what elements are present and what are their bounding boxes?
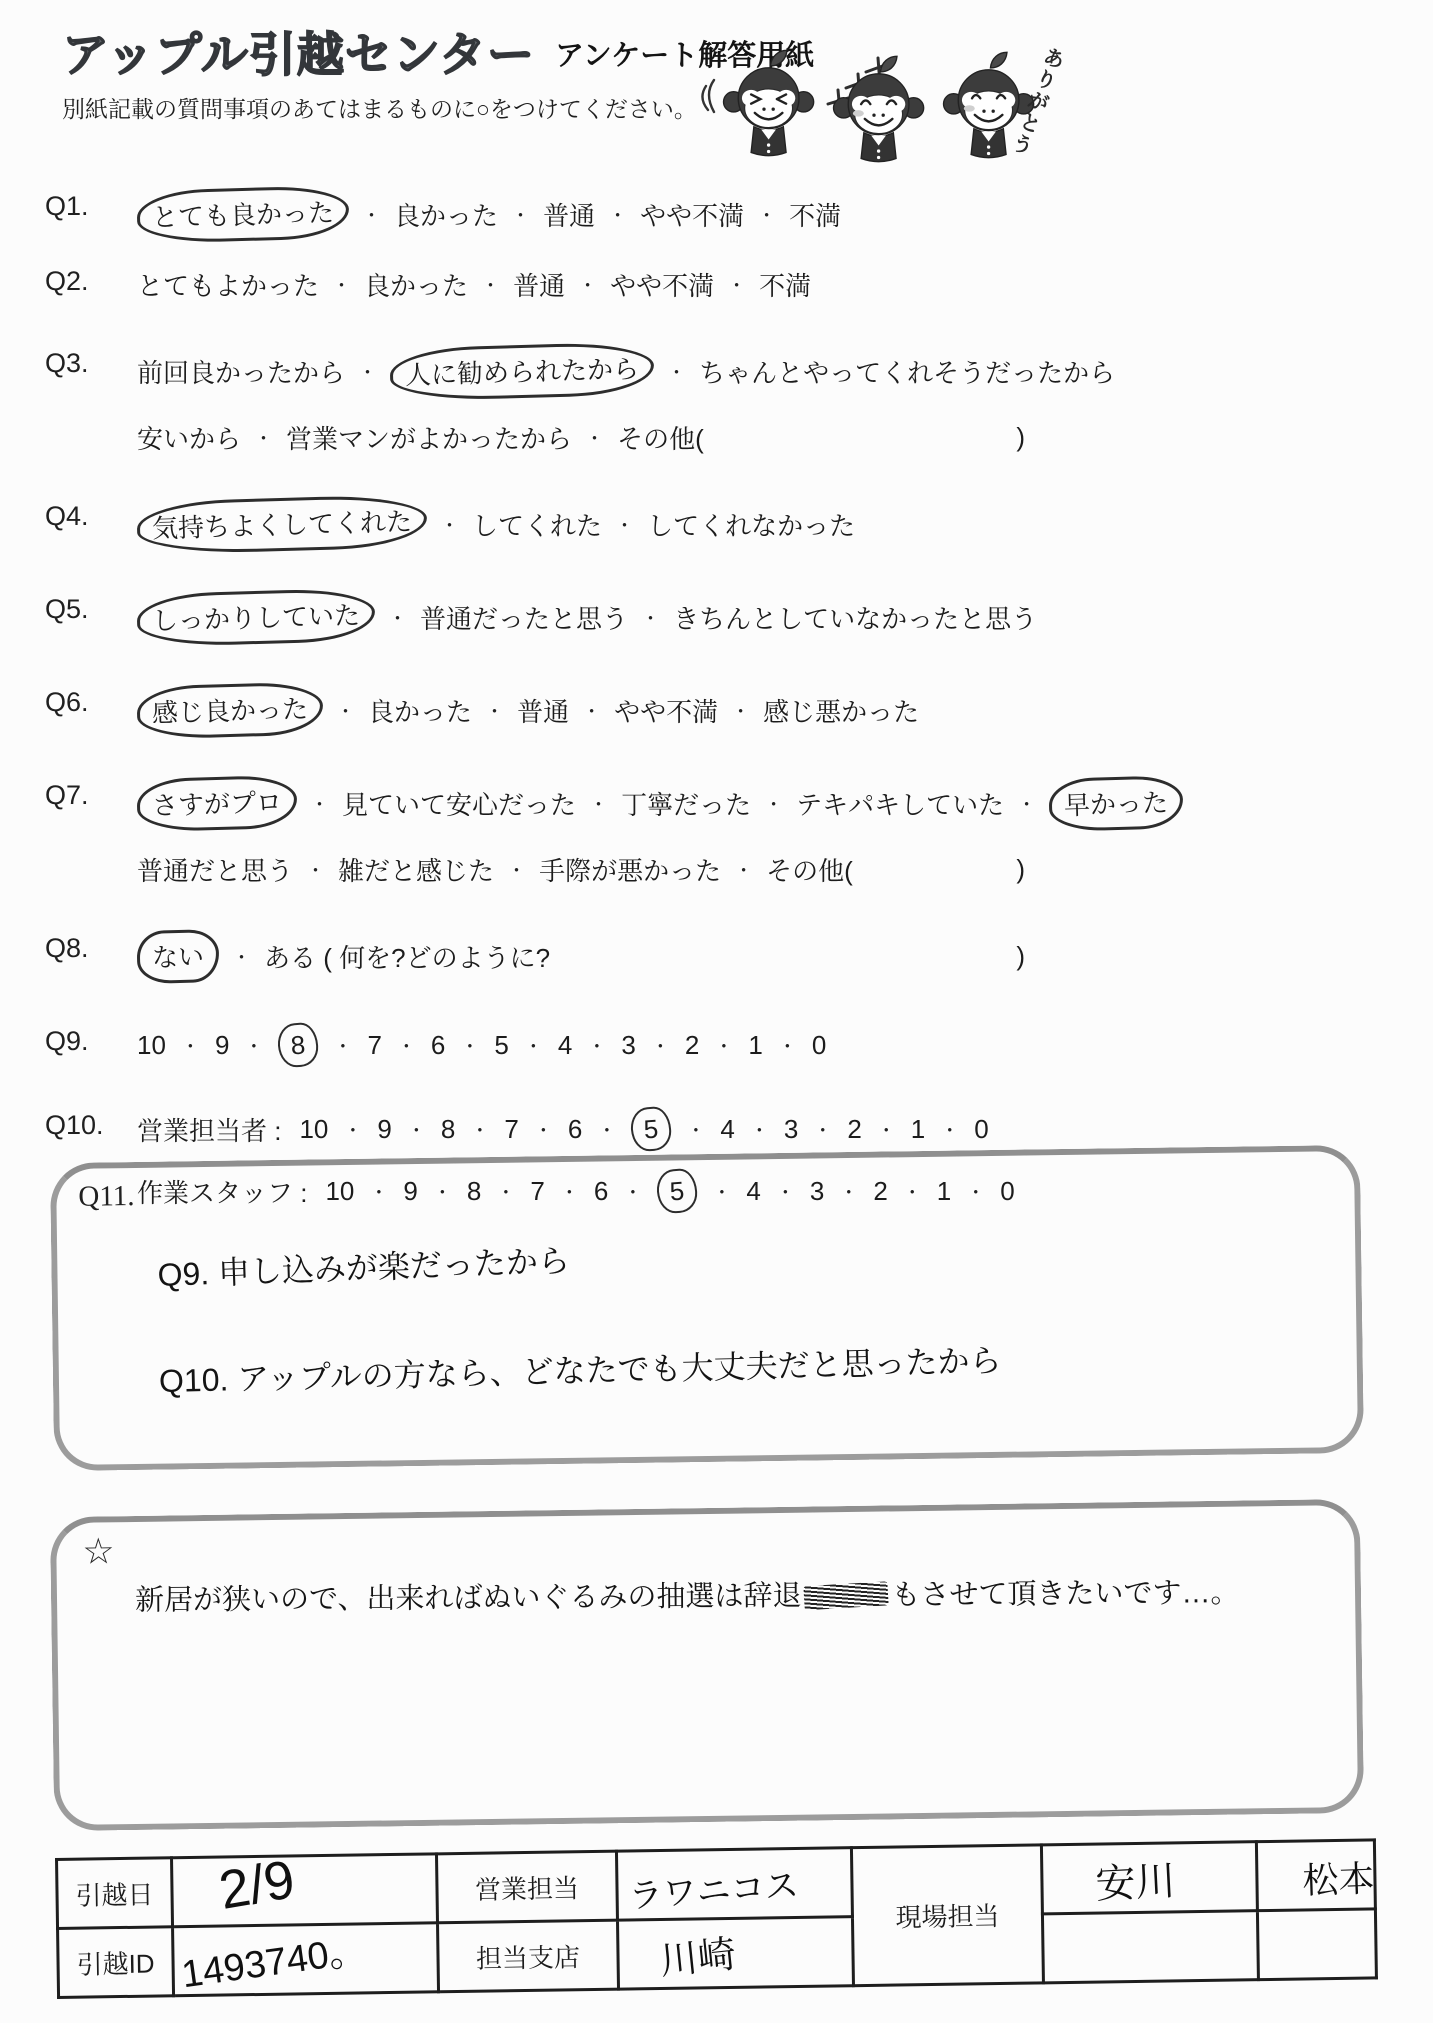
option-separator: ・ [587,1032,606,1059]
option: 良かった [368,692,472,729]
company-logo: アップル引越センター [62,30,535,79]
option-separator: ・ [306,856,325,883]
option: とてもよかった [137,266,319,303]
question-line: 前回良かったから・人に勧められたから・ちゃんとやってくれそうだったから [137,345,1375,398]
option-circled: 5 [630,1106,673,1153]
option: 7 [367,1030,381,1061]
option: 2 [685,1030,699,1061]
question-label: Q8. [45,930,137,983]
option-separator: ・ [641,604,660,631]
question-row: Q4.気持ちよくしてくれた・してくれた・してくれなかった [45,498,1375,551]
question-line: 感じ良かった・良かった・普通・やや不満・感じ悪かった [137,684,1375,737]
sales-value: ラワニコス [627,1858,800,1918]
option-separator: ・ [727,271,746,298]
question-line: とても良かった・良かった・普通・やや不満・不満 [137,188,1375,241]
option: ちゃんとやってくれそうだったから [699,353,1115,390]
option: 雑だと感じた [338,851,494,888]
question-label: Q9. [45,1023,137,1067]
option: 7 [504,1114,518,1145]
question-row: Q8.ない・ある ( 何を?どのように?) [45,930,1375,983]
option-separator: ・ [714,1032,733,1059]
option: 丁寧だった [621,785,751,822]
option: 感じ悪かった [763,692,919,729]
option-separator: ・ [358,358,377,385]
option-separator: ・ [597,1116,616,1143]
option-separator: ・ [397,1032,416,1059]
question-body: 気持ちよくしてくれた・してくれた・してくれなかった [137,498,1375,551]
option: 8 [441,1114,455,1145]
question-row: Q9.10・9・8・7・6・5・4・3・2・1・0 [45,1023,1375,1067]
question-line: さすがプロ・見ていて安心だった・丁寧だった・テキパキしていた・早かった [137,777,1375,830]
move-date-label: 引越日 [57,1858,173,1929]
site-label: 現場担当 [851,1845,1043,1986]
sales-cell: ラワニコス [616,1848,852,1920]
site-value-2: 松本 [1302,1851,1376,1904]
star-icon: ☆ [82,1530,115,1572]
question-row: Q5.しっかりしていた・普通だったと思う・きちんとしていなかったと思う [45,591,1375,644]
question-label: Q6. [45,684,137,737]
option: 3 [784,1114,798,1145]
q11-label: Q11. [78,1180,135,1214]
question-row: Q7.さすがプロ・見ていて安心だった・丁寧だった・テキパキしていた・早かった普通… [45,777,1375,890]
option-separator: ・ [578,271,597,298]
option-separator: ・ [534,1116,553,1143]
site-cell-1-empty [1042,1911,1258,1983]
option: 良かった [394,196,498,233]
option-circled: 人に勧められたから [389,341,654,401]
option-separator: ・ [244,1032,263,1059]
branch-value: 川崎 [657,1923,738,1985]
option-separator: ・ [388,604,407,631]
option: 4 [558,1030,572,1061]
move-date-cell: 2/9 [172,1854,438,1927]
option: 安いから [137,419,241,456]
question-body: さすがプロ・見ていて安心だった・丁寧だった・テキパキしていた・早かった普通だと思… [137,777,1375,890]
option-separator: ・ [362,201,381,228]
question-line: 安いから・営業マンがよかったから・その他() [137,416,1375,458]
option-separator: ・ [336,697,355,724]
option: 5 [494,1030,508,1061]
question-line: 10・9・8・7・6・5・4・3・2・1・0 [137,1023,1375,1067]
option: その他( [617,419,704,456]
question-body: 感じ良かった・良かった・普通・やや不満・感じ悪かった [137,684,1375,737]
option-circled: 気持ちよくしてくれた [136,494,427,555]
question-line: とてもよかった・良かった・普通・やや不満・不満 [137,263,1375,305]
option-separator: ・ [667,358,686,385]
option: やや不満 [640,196,744,233]
option-circled: とても良かった [136,185,349,244]
option-separator: ・ [757,201,776,228]
option-separator: ・ [181,1032,200,1059]
option: 3 [621,1030,635,1061]
site-value-1: 安川 [1094,1849,1177,1910]
question-body: 10・9・8・7・6・5・4・3・2・1・0 [137,1023,1375,1067]
option-separator: ・ [877,1116,896,1143]
option-separator: ・ [778,1032,797,1059]
option-separator: ・ [343,1116,362,1143]
motion-lines-icon [702,80,714,112]
option: テキパキしていた [796,785,1004,822]
option: 前回良かったから [137,353,345,390]
handwritten-answer-q9: Q9. 申し込みが楽だったから [157,1236,571,1296]
move-id-cell: 1493740。 [173,1923,439,1996]
question-label: Q4. [45,498,137,551]
option: 9 [377,1114,391,1145]
option: 良かった [364,266,468,303]
option: ある ( 何を?どのように? [264,938,550,975]
closing-paren: ) [1016,422,1025,453]
option-separator: ・ [651,1032,670,1059]
option-separator: ・ [585,424,604,451]
option: 4 [720,1114,734,1145]
option-separator: ・ [524,1032,543,1059]
star-comment-box: ☆ 新居が狭いので、出来ればぬいぐるみの抽選は辞退もさせて頂きたいです…。 [50,1499,1364,1831]
option-separator: ・ [485,697,504,724]
option: 1 [748,1030,762,1061]
option-separator: ・ [310,790,329,817]
option: 2 [847,1114,861,1145]
option-separator: ・ [686,1116,705,1143]
question-label: Q3. [45,345,137,458]
option: 不満 [759,266,811,303]
option-separator: ・ [813,1116,832,1143]
question-row: Q3.前回良かったから・人に勧められたから・ちゃんとやってくれそうだったから安い… [45,345,1375,458]
question-line: ない・ある ( 何を?どのように?) [137,930,1375,983]
scribbled-out-text [804,1581,889,1610]
option-separator: ・ [440,511,459,538]
option-separator: ・ [407,1116,426,1143]
question-label: Q2. [45,263,137,305]
option: 0 [812,1030,826,1061]
closing-paren: ) [1016,941,1025,972]
option-separator: ・ [511,201,530,228]
option-circled: しっかりしていた [136,588,375,648]
footer-info-table: 引越日 2/9 営業担当 ラワニコス 現場担当 安川 松本 引越ID 14937… [55,1838,1375,1999]
question-body: とても良かった・良かった・普通・やや不満・不満 [137,188,1375,241]
option-separator: ・ [764,790,783,817]
option: 普通だったと思う [420,599,628,636]
question-body: とてもよかった・良かった・普通・やや不満・不満 [137,263,1375,305]
question-label: Q1. [45,188,137,241]
option: 見ていて安心だった [342,785,576,822]
option-separator: ・ [734,856,753,883]
option-separator: ・ [608,201,627,228]
move-date-value: 2/9 [215,1848,300,1922]
site-cell-2-empty [1257,1909,1376,1980]
option: してくれた [472,506,602,543]
option: 9 [215,1030,229,1061]
option: 普通 [543,196,595,233]
option-separator: ・ [333,1032,352,1059]
branch-label: 担当支店 [438,1920,619,1992]
option: 0 [974,1114,988,1145]
option-circled: さすがプロ [136,775,297,832]
question-line: 営業担当者 :10・9・8・7・6・5・4・3・2・1・0 [137,1107,1375,1151]
question-label: Q5. [45,591,137,644]
option: 1 [911,1114,925,1145]
option-separator: ・ [1017,790,1036,817]
option-separator: ・ [589,790,608,817]
option-separator: ・ [332,271,351,298]
option: やや不満 [614,692,718,729]
question-row: Q1.とても良かった・良かった・普通・やや不満・不満 [45,188,1375,241]
option-separator: ・ [232,943,251,970]
option-separator: ・ [470,1116,489,1143]
option-circled: 感じ良かった [136,681,323,739]
q11-answer-box: Q11. Q9. 申し込みが楽だったから Q10. アップルの方なら、どなたでも… [50,1145,1364,1471]
question-line: 気持ちよくしてくれた・してくれた・してくれなかった [137,498,1375,551]
monkey-mascots-icon [700,26,1040,191]
handwritten-comment: 新居が狭いので、出来ればぬいぐるみの抽選は辞退もさせて頂きたいです…。 [135,1569,1330,1618]
handwritten-answer-q10: Q10. アップルの方なら、どなたでも大丈夫だと思ったから [158,1335,1002,1402]
question-body: 前回良かったから・人に勧められたから・ちゃんとやってくれそうだったから安いから・… [137,345,1375,458]
option: 6 [431,1030,445,1061]
option-separator: ・ [481,271,500,298]
question-body: ない・ある ( 何を?どのように?) [137,930,1375,983]
move-id-value: 1493740。 [178,1918,370,1998]
option-circled: 8 [277,1022,320,1069]
option-separator: ・ [460,1032,479,1059]
option-separator: ・ [750,1116,769,1143]
option: やや不満 [610,266,714,303]
option-circled: 早かった [1048,775,1183,832]
option: 不満 [789,196,841,233]
option: 普通だと思う [137,851,293,888]
option: 普通 [513,266,565,303]
option: 営業マンがよかったから [286,419,572,456]
option: 普通 [517,692,569,729]
option-separator: ・ [615,511,634,538]
option: 手際が悪かった [539,851,721,888]
option: してくれなかった [647,506,855,543]
questions: Q1.とても良かった・良かった・普通・やや不満・不満Q2.とてもよかった・良かっ… [45,188,1375,1213]
site-cell-2: 松本 [1256,1840,1375,1911]
closing-paren: ) [1016,854,1025,885]
option-circled: ない [136,929,219,984]
question-line: しっかりしていた・普通だったと思う・きちんとしていなかったと思う [137,591,1375,644]
move-id-label: 引越ID [58,1927,174,1998]
option: 10 [137,1030,166,1061]
option: きちんとしていなかったと思う [673,599,1037,636]
question-line: 普通だと思う・雑だと感じた・手際が悪かった・その他() [137,848,1375,890]
option-separator: ・ [254,424,273,451]
option: 10 [299,1114,328,1145]
option-separator: ・ [731,697,750,724]
option-separator: ・ [582,697,601,724]
option-separator: ・ [507,856,526,883]
sales-label: 営業担当 [436,1851,617,1923]
survey-sheet: アップル引越センター アンケート解答用紙 別紙記載の質問事項のあてはまるものに○… [0,0,1433,2023]
site-cell-1: 安川 [1041,1842,1257,1914]
option: その他( [766,851,853,888]
question-row: Q2.とてもよかった・良かった・普通・やや不満・不満 [45,263,1375,305]
question-label: Q7. [45,777,137,890]
question-row: Q6.感じ良かった・良かった・普通・やや不満・感じ悪かった [45,684,1375,737]
option: 6 [568,1114,582,1145]
option-group-label: 営業担当者 : [137,1111,281,1148]
question-body: しっかりしていた・普通だったと思う・きちんとしていなかったと思う [137,591,1375,644]
option-separator: ・ [940,1116,959,1143]
branch-cell: 川崎 [617,1917,853,1989]
